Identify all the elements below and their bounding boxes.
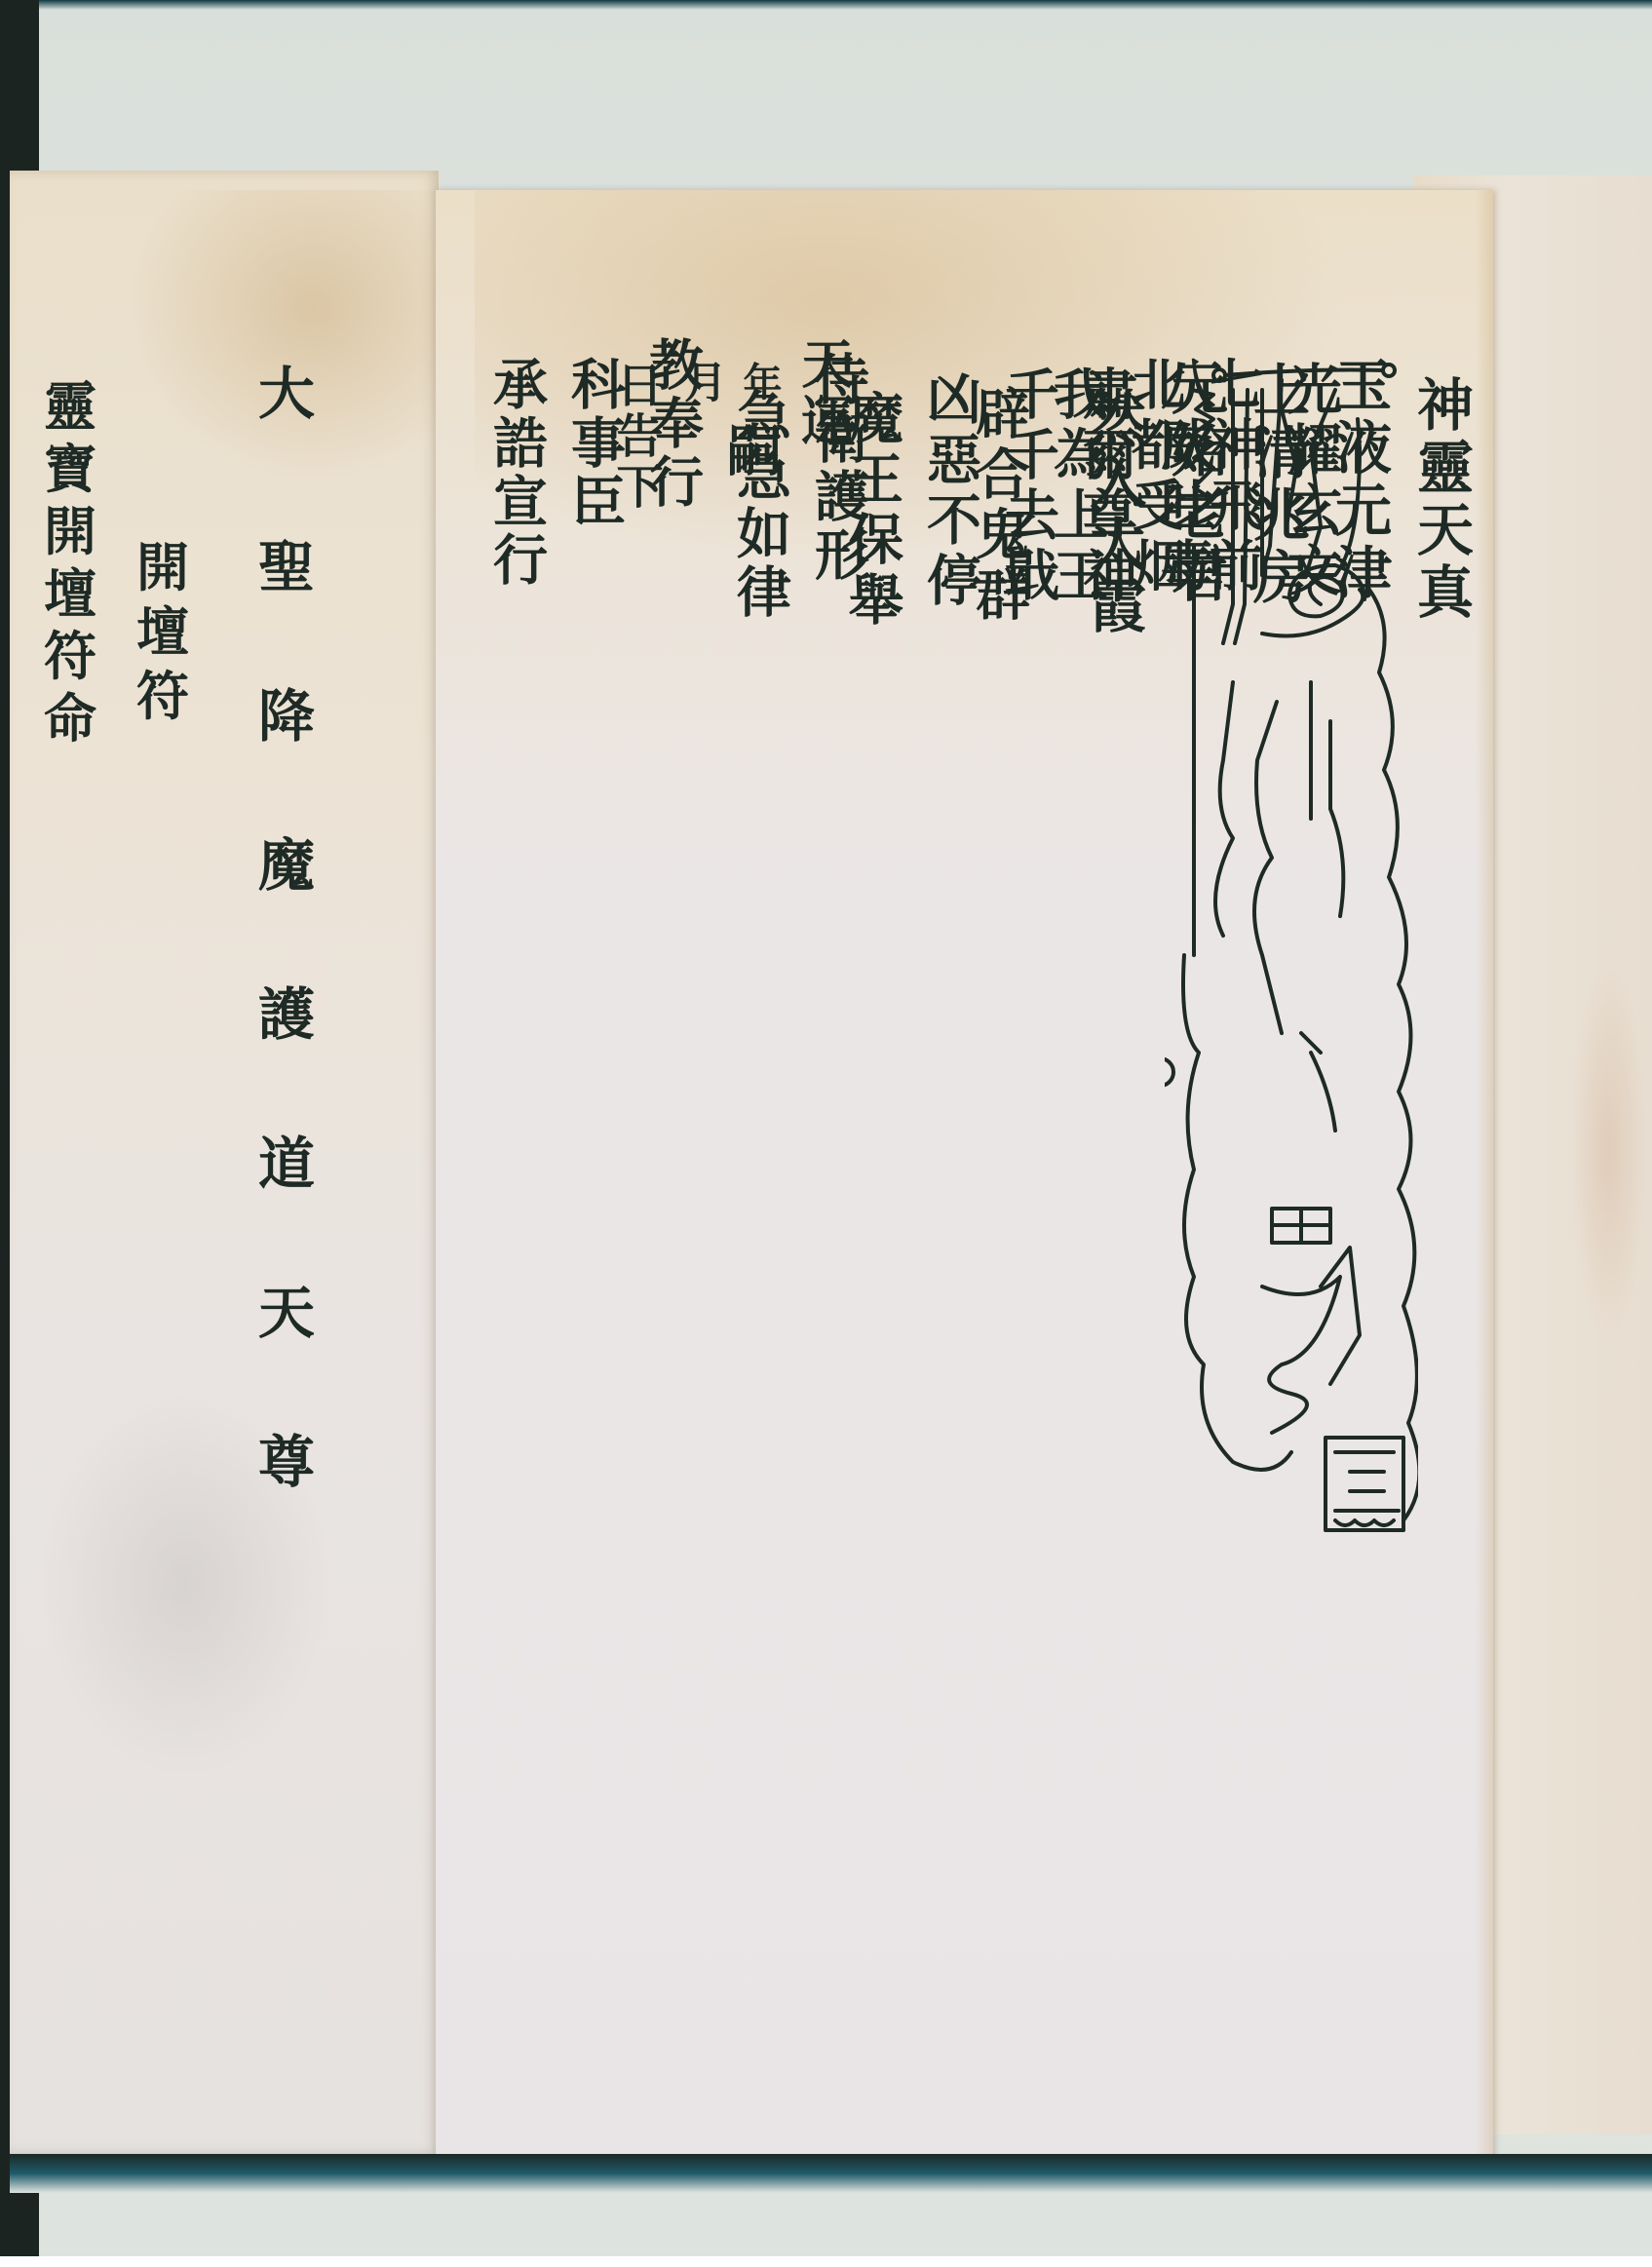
char: 靈 xyxy=(44,380,96,433)
char: 天 xyxy=(258,1285,315,1341)
phrase: 肅爾尊神 xyxy=(1067,365,1145,607)
char: 壇 xyxy=(44,567,96,620)
text-column-6: 嗣 教奉行 科事臣 承誥宣行 xyxy=(478,336,789,609)
char: 符 xyxy=(136,670,189,722)
talisman-drawing: 鬰 xyxy=(1165,351,1418,1647)
char: 道 xyxy=(258,1135,315,1192)
char: 尊 xyxy=(258,1434,315,1490)
section-title-column: 靈 寶 開 壇 符 命 xyxy=(44,380,96,745)
char: 壇 xyxy=(136,605,189,658)
char: 聖 xyxy=(258,539,315,596)
char: 符 xyxy=(44,630,96,682)
deity-title-column: 大 聖 降 魔 護 道 天 尊 xyxy=(258,365,315,1490)
char: 命 xyxy=(44,692,96,745)
left-page: 大 聖 降 魔 護 道 天 尊 開 壇 符 靈 寶 開 壇 符 命 xyxy=(10,171,439,2154)
paper-stain xyxy=(1569,955,1647,1345)
phrase: 嗣 xyxy=(711,422,789,480)
phrase: 千千去戢 xyxy=(989,365,1067,607)
char: 護 xyxy=(258,986,315,1043)
top-shadow xyxy=(39,0,1652,10)
char: 開 xyxy=(136,541,189,594)
char: 降 xyxy=(258,688,315,745)
talisman-name-column: 開 壇 符 xyxy=(136,541,189,722)
char: 魔 xyxy=(258,837,315,894)
char: 寶 xyxy=(44,442,96,495)
phrase: 凶惡不停 xyxy=(911,370,989,612)
phrase: 天運 xyxy=(788,336,863,449)
char: 大 xyxy=(258,365,315,422)
phrase: 科事臣 xyxy=(556,356,634,531)
bottom-shadow xyxy=(10,2154,1652,2193)
phrase: 承誥宣行 xyxy=(478,356,556,590)
char: 開 xyxy=(44,505,96,557)
phrase: 教奉行 xyxy=(634,336,711,512)
bottom-border xyxy=(0,2256,1652,2267)
